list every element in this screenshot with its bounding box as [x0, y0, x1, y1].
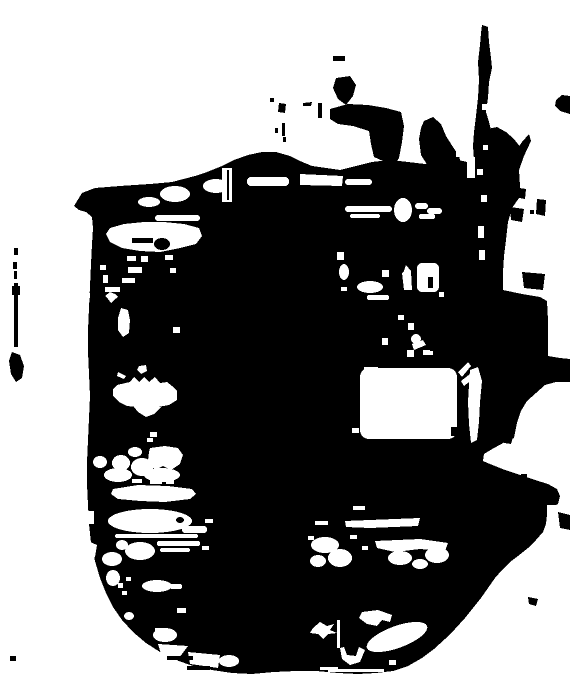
clus-streak-a — [157, 541, 200, 546]
speck-d — [128, 267, 142, 273]
speck-row-a — [127, 256, 136, 261]
speck-dash — [333, 56, 345, 61]
dot-spike-a — [482, 104, 487, 110]
shelf-speck-a — [132, 479, 142, 483]
margin-dash-a — [14, 248, 18, 255]
mid-dot-a — [308, 536, 314, 540]
edge-notch-a — [79, 308, 88, 336]
ink-slot-on-label — [428, 277, 433, 288]
shine-arc-c — [419, 214, 435, 219]
dot-x — [118, 583, 123, 588]
mid-clus-b — [328, 549, 352, 567]
br-dash-b — [328, 669, 384, 672]
speck-o — [382, 270, 389, 277]
mid-dot-b — [350, 535, 357, 539]
thresholded-photo — [0, 0, 570, 695]
dot-right-d — [458, 604, 463, 608]
speck-row-c — [165, 255, 173, 260]
margin-blob — [12, 286, 20, 295]
speck-one — [318, 103, 322, 118]
speck-top-right-a — [270, 98, 274, 102]
oval-small — [142, 580, 172, 592]
br-dot — [389, 660, 396, 665]
ink-line-in-slot — [227, 170, 229, 200]
dot-spike-c — [478, 226, 484, 238]
shine-blob — [394, 198, 412, 222]
ink-dot-on-oval — [176, 517, 184, 523]
gap-sliver — [467, 157, 475, 178]
margin-dash-c — [14, 271, 17, 279]
br-vline — [337, 620, 340, 648]
margin-dash-b — [13, 262, 17, 269]
edge-notch-b — [85, 511, 94, 524]
window-highlight — [360, 368, 457, 439]
band-gap-a — [203, 179, 229, 193]
mid-clus-e — [388, 551, 412, 565]
lace-g — [144, 468, 180, 482]
speck-g — [105, 287, 120, 292]
speck-l — [337, 252, 344, 260]
speck-top-right-c — [282, 123, 285, 136]
speck-f — [122, 278, 135, 283]
streak-small — [367, 295, 389, 300]
clus-b — [102, 552, 122, 566]
mid-clus-d — [425, 547, 449, 563]
clus-streak-b — [160, 548, 190, 552]
patch-upper-b — [138, 197, 160, 207]
dot-y — [124, 612, 134, 620]
clus-c — [116, 540, 128, 550]
blob-right-d — [522, 272, 545, 290]
mid-clus-c — [310, 555, 326, 567]
shelf-speck-b — [150, 480, 162, 484]
bottom-dash-b — [187, 666, 210, 670]
mid-dash-a — [315, 521, 328, 525]
lace-f — [104, 468, 132, 482]
dot-right-a — [530, 210, 534, 214]
blob-z — [153, 628, 177, 642]
speck-row-b — [141, 256, 148, 262]
oval-streak — [182, 526, 207, 533]
speck-top-right-e — [275, 128, 278, 133]
speck-i — [100, 265, 106, 270]
clus-a — [125, 542, 155, 560]
speck-u2 — [439, 292, 444, 297]
band-gap-b — [300, 174, 343, 186]
blob-w — [106, 570, 120, 586]
dot-left-of-window — [352, 428, 359, 433]
gap-dash — [456, 150, 466, 157]
speck-h — [83, 293, 90, 298]
shine-arc-b — [427, 208, 442, 214]
ink-speck-on-window — [451, 427, 458, 436]
speck-top-right-d — [283, 137, 286, 142]
highlight-streak — [155, 215, 200, 221]
band-dash-b — [345, 179, 372, 185]
mid-clus-f — [412, 559, 428, 569]
mid-dot-c — [362, 546, 368, 550]
bottom-dash-a — [167, 656, 193, 660]
shine-row-a — [345, 206, 392, 212]
notch-oval — [219, 655, 239, 667]
dot-right-b — [521, 474, 527, 482]
dot-w2 — [126, 577, 131, 581]
shine-arc-a — [415, 203, 428, 209]
oval-line — [115, 534, 198, 538]
window-tab-a — [407, 350, 414, 357]
speck-t — [382, 338, 388, 345]
speck-q — [408, 323, 414, 330]
dot-v — [147, 438, 153, 442]
window-tab-b — [423, 350, 430, 355]
window-ledge — [364, 367, 378, 372]
right-strip — [547, 505, 557, 531]
shelf-speck-c — [166, 480, 174, 484]
dot-spike-b — [483, 145, 488, 150]
speck-top-right-b — [278, 103, 286, 113]
band-dash-a — [247, 177, 289, 186]
dot-spike-d — [479, 250, 485, 260]
speck-k — [173, 327, 180, 333]
lace-c — [93, 456, 107, 468]
shine-row-b — [350, 214, 380, 218]
mid-dash-c — [353, 506, 365, 510]
blob-right-c — [510, 207, 524, 222]
dot-body-a — [481, 195, 487, 202]
dot-u — [150, 432, 157, 437]
dot-body-b — [477, 169, 483, 175]
oval-small-tail — [170, 584, 182, 589]
clus-dot — [202, 546, 209, 550]
speck-p — [398, 315, 404, 320]
mid-dash-b — [205, 519, 213, 523]
blob-right-b — [536, 199, 546, 216]
speck-n — [341, 287, 347, 291]
dash-z2 — [177, 608, 186, 613]
speck-m — [339, 264, 349, 280]
binarized-photo-canvas — [0, 0, 570, 695]
lace-a — [128, 447, 142, 457]
ink-dash-on-cluster — [132, 238, 153, 243]
patch-upper-a — [160, 186, 190, 202]
speck-j — [103, 275, 108, 283]
speck-e — [170, 268, 176, 273]
margin-dash-d — [10, 656, 16, 661]
cloud-small — [357, 281, 383, 293]
ink-blob-on-cluster — [154, 238, 170, 250]
dot-x2 — [122, 591, 127, 595]
